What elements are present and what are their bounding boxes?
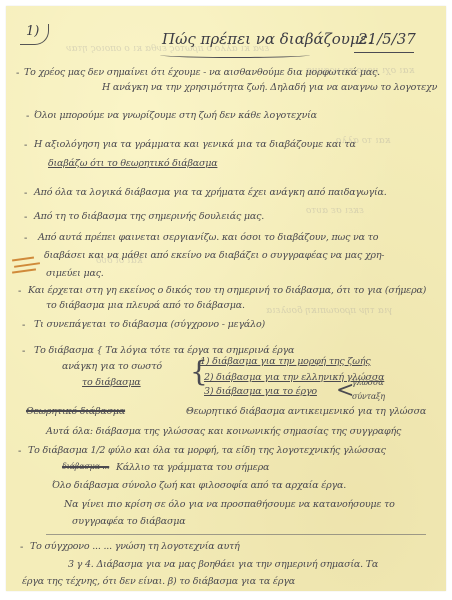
text-line: 3 γ 4. Διάβασμα για να μας βοηθάει για τ…	[68, 559, 378, 570]
bullet-dash: -	[22, 320, 25, 331]
text-line: Το διάβασμα { Τα λόγια τότε τα έργα τα σ…	[34, 345, 294, 356]
bullet-dash: -	[18, 446, 21, 457]
text-line: Αυτά όλα: διάβασμα της γλώσσας και κοινω…	[46, 426, 401, 437]
sublist-item: 1) διάβασμα για την μορφή της ζωής	[200, 356, 370, 367]
text-line: Το σύγχρονο ... ... γνώση τη λογοτεχνία …	[30, 541, 240, 552]
text-line: Να γίνει πιο κρίση σε όλο για να προσπαθ…	[64, 499, 395, 510]
text-line: το διάβασμα	[82, 377, 141, 388]
margin-mark	[12, 256, 34, 261]
branch-label: γλώσσα	[352, 378, 384, 387]
text-line: Και έρχεται στη γη εκείνος ο δικός του τ…	[28, 285, 426, 296]
text-line: Όλοι μπορούμε να γνωρίζουμε στη ζωή δεν …	[34, 110, 317, 121]
bullet-dash: -	[24, 233, 27, 244]
bullet-dash: -	[16, 68, 19, 79]
text-line: το διάβασμα μια πλευρά από το διάβασμα.	[46, 300, 245, 311]
text-line: Από αυτά πρέπει φαινεται σεργιανίζω. και…	[38, 232, 378, 243]
bullet-dash: -	[26, 111, 29, 122]
title-wavy-underline	[160, 52, 310, 58]
text-line: Από όλα τα λογικά διάβασμα για τα χρήματ…	[34, 187, 387, 198]
bullet-dash: -	[24, 188, 27, 199]
text-line: Κάλλιο τα γράμματα του σήμερα	[116, 462, 269, 473]
branch-label: σύνταξη	[352, 392, 385, 401]
date: 21/5/37	[358, 30, 416, 48]
text-line: Η ανάγκη να την χρησιμότητα ζωή. Δηλαδή …	[102, 82, 437, 93]
text-line: έργα της τέχνης, ότι δεν είναι. β) το δι…	[22, 576, 295, 587]
margin-mark	[12, 268, 36, 273]
text-line: σιμεύει μας.	[46, 268, 104, 279]
page-number: 1)	[20, 24, 49, 45]
text-line: Το χρέος μας δεν σημαίνει ότι έχουμε - ν…	[24, 67, 380, 78]
text-line: Η αξιολόγηση για τα γράμματα και γενικά …	[34, 139, 356, 150]
margin-mark	[14, 262, 40, 267]
date-underline	[354, 52, 414, 53]
sublist-item: 3) διάβασμα για το έργο	[204, 386, 317, 397]
text-line: Από τη το διάβασμα της σημερινής δουλειά…	[34, 211, 264, 222]
bullet-dash: -	[20, 542, 23, 553]
text-line: διαβάζω ότι το θεωρητικό διάβασμα	[48, 158, 217, 169]
page-title: Πώς πρέπει να διαβάζουμε.	[162, 30, 372, 48]
text-line: Όλο διάβασμα σύνολο ζωή και φιλοσοφία απ…	[52, 480, 346, 491]
text-line: ανάγκη για το σωστό	[62, 361, 162, 372]
bullet-dash: -	[22, 346, 25, 357]
bullet-dash: -	[24, 212, 27, 223]
struck-text: Θεωρητικό διάβασμα	[26, 406, 156, 417]
struck-text: διάβασμα ...	[62, 462, 109, 471]
text-line: συγγραφέα το διάβασμα	[72, 516, 185, 527]
text-line: Τι συνεπάγεται το διάβασμα (σύγχρονο - μ…	[34, 319, 265, 330]
manuscript-page: ενα κι αλλο ο πρωτος ενθα κι ο οποιος ητ…	[6, 6, 446, 591]
text-line: Το διάβασμα 1/2 φύλο και όλα τα μορφή, τ…	[28, 445, 386, 456]
text-line: διαβάσει και να μάθει από εκείνο να διαβ…	[44, 250, 384, 261]
horizontal-rule	[46, 534, 426, 535]
bullet-dash: -	[24, 140, 27, 151]
bullet-dash: -	[18, 286, 21, 297]
text-line: Θεωρητικό διάβασμα αντικειμενικό για τη …	[186, 406, 426, 417]
